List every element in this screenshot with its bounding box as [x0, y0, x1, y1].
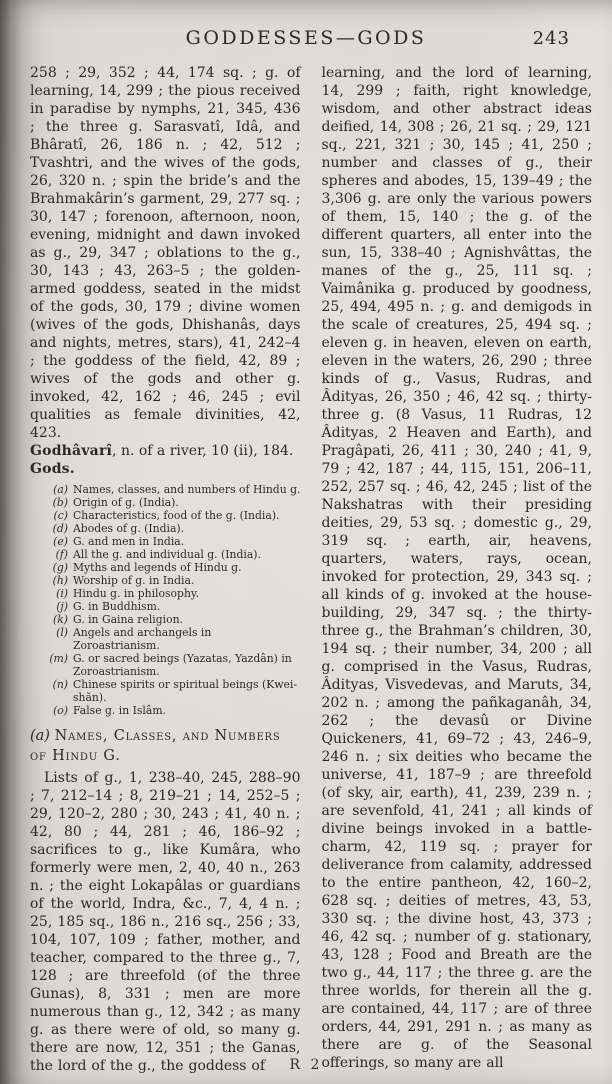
subentry-item: (n)Chinese spirits or spiritual beings (…: [44, 678, 301, 704]
left-column: 258 ; 29, 352 ; 44, 174 sq. ; g. of lear…: [30, 64, 301, 1075]
text-columns: 258 ; 29, 352 ; 44, 174 sq. ; g. of lear…: [30, 64, 592, 1075]
section-heading-label: (a): [30, 728, 55, 744]
subentry-text: G. in Buddhism.: [73, 600, 301, 613]
subentry-item: (o)False g. in Islâm.: [44, 704, 301, 717]
index-entry: Godhâvarî, n. of a river, 10 (ii), 184.: [30, 442, 301, 460]
entry-headword: Godhâvarî: [30, 443, 112, 459]
page-header: GODDESSES—GODS 243: [0, 27, 612, 51]
subentry-label: (n): [44, 678, 73, 704]
subentry-item: (m)G. or sacred beings (Yazatas, Yazdân)…: [44, 652, 301, 678]
subentry-text: G. or sacred beings (Yazatas, Yazdân) in…: [73, 652, 301, 678]
index-entry: Gods.: [30, 460, 301, 478]
section-heading: (a) Names, Classes, and Numbers of Hindu…: [30, 726, 301, 766]
subentry-text: Abodes of g. (India).: [73, 522, 301, 535]
book-page: GODDESSES—GODS 243 258 ; 29, 352 ; 44, 1…: [0, 0, 612, 1084]
subentry-text: Hindu g. in philosophy.: [73, 587, 301, 600]
subentry-item: (i)Hindu g. in philosophy.: [44, 587, 301, 600]
subentry-label: (i): [44, 587, 73, 600]
subentry-text: All the g. and individual g. (India).: [73, 548, 301, 561]
index-paragraph: learning, and the lord of learning, 14, …: [322, 64, 593, 1072]
subentry-text: False g. in Islâm.: [73, 704, 301, 717]
subentry-label: (b): [44, 496, 73, 509]
subentry-label: (l): [44, 626, 73, 652]
subentry-text: Characteristics, food of the g. (India).: [73, 509, 301, 522]
subentry-list: (a)Names, classes, and numbers of Hindu …: [44, 483, 301, 717]
subentry-label: (e): [44, 535, 73, 548]
subentry-label: (m): [44, 652, 73, 678]
page-footer: R 2: [0, 1057, 612, 1073]
subentry-label: (h): [44, 574, 73, 587]
section-heading-title: Names, Classes, and Numbers of Hindu G.: [30, 728, 281, 764]
subentry-text: G. in Gaina religion.: [73, 613, 301, 626]
subentry-label: (d): [44, 522, 73, 535]
subentry-item: (j)G. in Buddhism.: [44, 600, 301, 613]
subentry-text: G. and men in India.: [73, 535, 301, 548]
subentry-text: Myths and legends of Hindu g.: [73, 561, 301, 574]
subentry-item: (f)All the g. and individual g. (India).: [44, 548, 301, 561]
subentry-text: Angels and archangels in Zoroastrianism.: [73, 626, 301, 652]
subentry-item: (h)Worship of g. in India.: [44, 574, 301, 587]
subentry-item: (a)Names, classes, and numbers of Hindu …: [44, 483, 301, 496]
index-paragraph: Lists of g., 1, 238–40, 245, 288–90 ; 7,…: [30, 769, 301, 1075]
subentry-item: (c)Characteristics, food of the g. (Indi…: [44, 509, 301, 522]
subentry-item: (k)G. in Gaina religion.: [44, 613, 301, 626]
subentry-label: (a): [44, 483, 73, 496]
subentry-item: (l)Angels and archangels in Zoroastriani…: [44, 626, 301, 652]
subentry-label: (f): [44, 548, 73, 561]
subentry-label: (g): [44, 561, 73, 574]
subentry-text: Names, classes, and numbers of Hindu g.: [73, 483, 301, 496]
subentry-item: (g)Myths and legends of Hindu g.: [44, 561, 301, 574]
subentry-text: Chinese spirits or spiritual beings (Kwe…: [73, 678, 301, 704]
subentry-label: (c): [44, 509, 73, 522]
subentry-item: (e)G. and men in India.: [44, 535, 301, 548]
entry-headword: Gods.: [30, 461, 75, 477]
signature-mark: R 2: [290, 1057, 323, 1073]
page-number: 243: [533, 28, 570, 49]
subentry-label: (j): [44, 600, 73, 613]
right-column: learning, and the lord of learning, 14, …: [322, 64, 593, 1075]
subentry-label: (k): [44, 613, 73, 626]
subentry-item: (b)Origin of g. (India).: [44, 496, 301, 509]
running-title: GODDESSES—GODS: [186, 27, 427, 49]
subentry-text: Origin of g. (India).: [73, 496, 301, 509]
subentry-text: Worship of g. in India.: [73, 574, 301, 587]
subentry-label: (o): [44, 704, 73, 717]
index-paragraph: 258 ; 29, 352 ; 44, 174 sq. ; g. of lear…: [30, 64, 301, 442]
subentry-item: (d)Abodes of g. (India).: [44, 522, 301, 535]
